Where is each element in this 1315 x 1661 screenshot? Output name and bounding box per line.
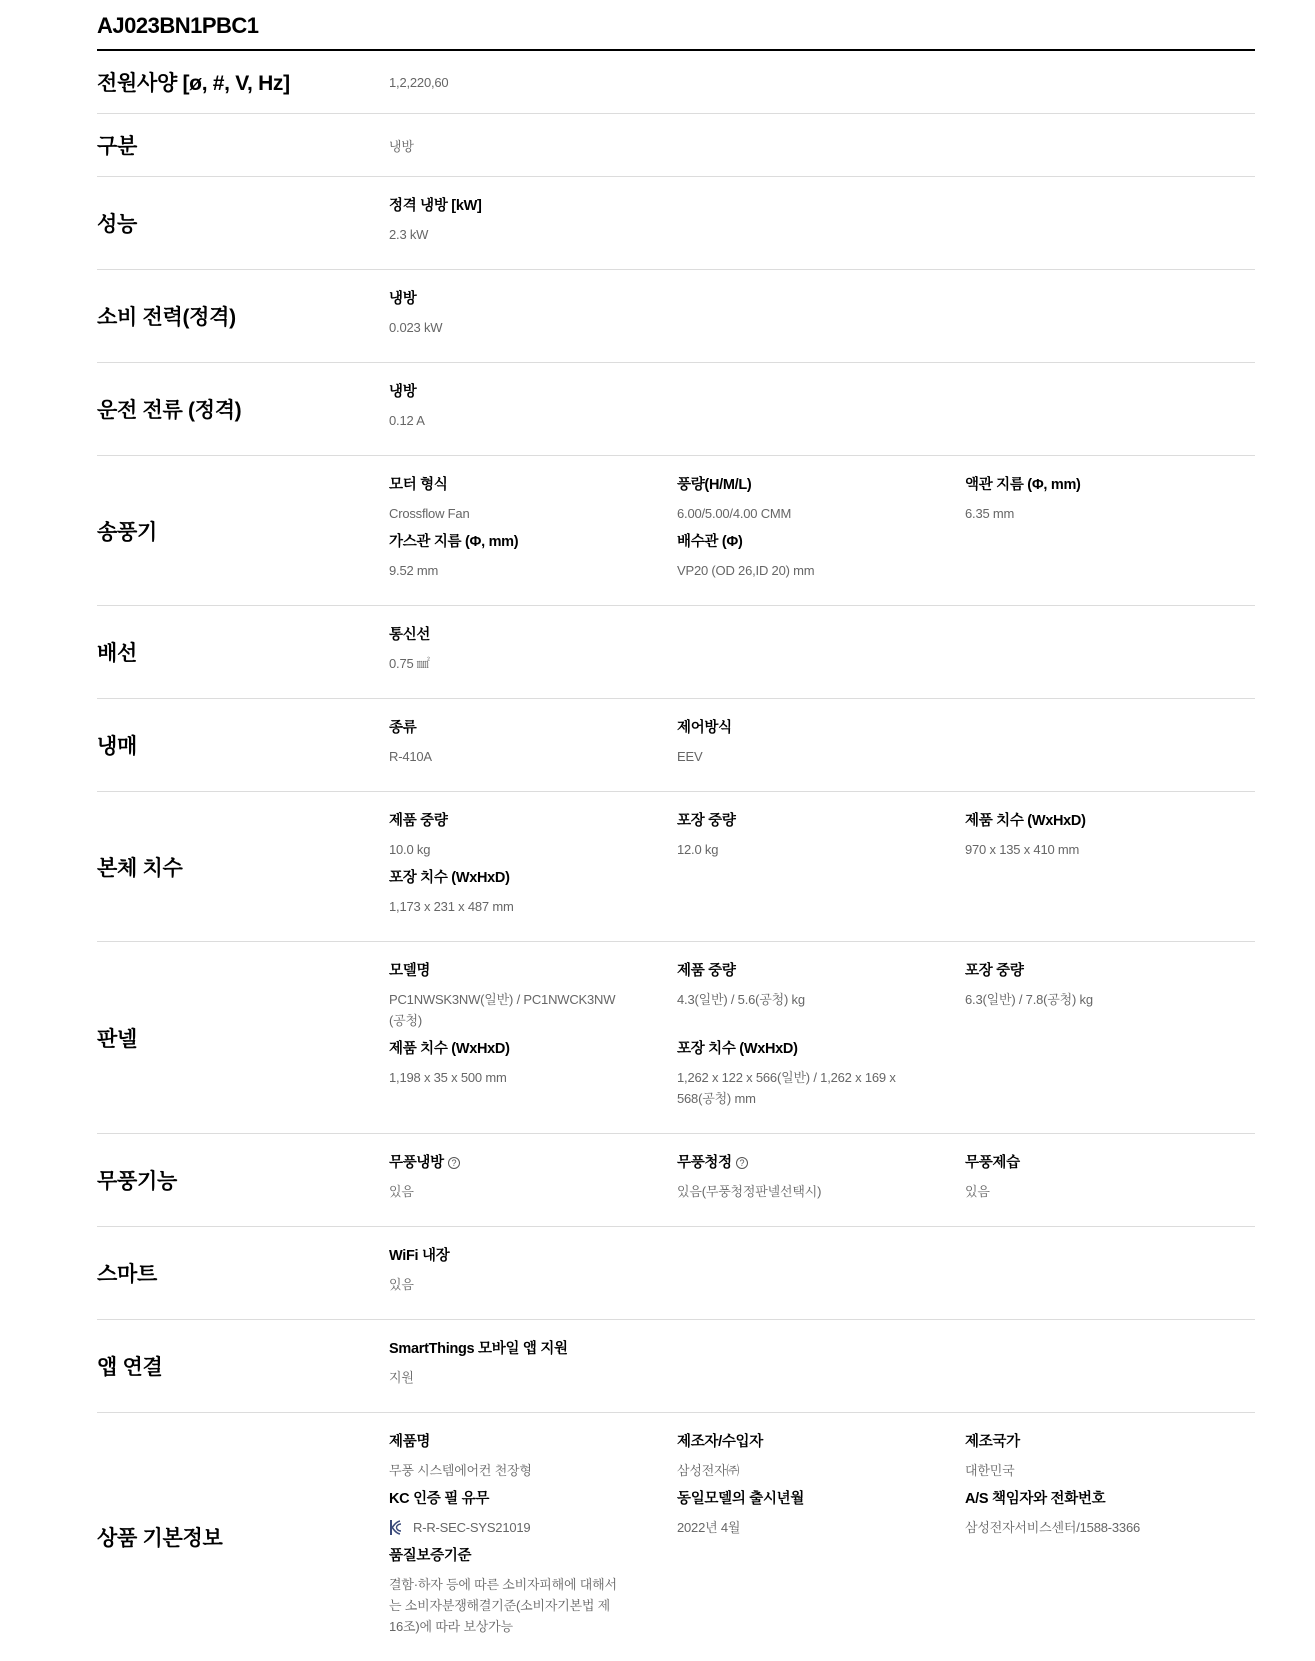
- spec-value: 대한민국: [965, 1460, 1195, 1481]
- spec-item: 제조자/수입자 삼성전자㈜: [677, 1432, 965, 1489]
- spec-item: 모델명 PC1NWSK3NW(일반) / PC1NWCK3NW(공청): [389, 961, 677, 1039]
- category-label: 송풍기: [97, 516, 389, 546]
- spec-item: KC 인증 필 유무 R-R-SEC-SYS21019: [389, 1489, 677, 1546]
- spec-value: 970 x 135 x 410 mm: [965, 839, 1195, 860]
- spec-item: 액관 지름 (Φ, mm) 6.35 mm: [965, 475, 1253, 532]
- spec-label: A/S 책임자와 전화번호: [965, 1489, 1253, 1509]
- spec-value: EEV: [677, 746, 907, 767]
- spec-item: 제품 중량 10.0 kg: [389, 811, 677, 868]
- spec-row-power-consumption: 소비 전력(정격) 냉방 0.023 kW: [97, 270, 1255, 363]
- spec-item: A/S 책임자와 전화번호 삼성전자서비스센터/1588-3366: [965, 1489, 1253, 1546]
- spec-value: R-410A: [389, 746, 619, 767]
- category-label: 배선: [97, 637, 389, 667]
- spec-value: 지원: [389, 1367, 619, 1388]
- spec-label: 냉방: [389, 382, 677, 402]
- spec-item: 무풍청정 ? 있음(무풍청정판넬선택시): [677, 1153, 965, 1210]
- spec-item: 제품명 무풍 시스템에어컨 천장형: [389, 1432, 677, 1489]
- spec-value: 2.3 kW: [389, 224, 619, 245]
- spec-label: 제품 치수 (WxHxD): [965, 811, 1253, 831]
- category-label: 상품 기본정보: [97, 1522, 389, 1552]
- spec-label: 포장 중량: [965, 961, 1253, 981]
- spec-row-windless: 무풍기능 무풍냉방 ? 있음 무풍청정 ? 있음(무풍청정판넬선택시) 무풍제습…: [97, 1134, 1255, 1227]
- category-label: 구분: [97, 130, 389, 160]
- spec-row-smart: 스마트 WiFi 내장 있음: [97, 1227, 1255, 1320]
- spec-item: 동일모델의 출시년월 2022년 4월: [677, 1489, 965, 1546]
- spec-item: 포장 치수 (WxHxD) 1,173 x 231 x 487 mm: [389, 868, 677, 925]
- spec-value: 0.12 A: [389, 410, 619, 431]
- spec-value: VP20 (OD 26,ID 20) mm: [677, 560, 907, 581]
- spec-value: 냉방: [389, 136, 414, 155]
- spec-value: 있음: [389, 1274, 619, 1295]
- spec-item: 포장 중량 12.0 kg: [677, 811, 965, 868]
- spec-value: 있음: [389, 1181, 619, 1202]
- spec-item: 무풍냉방 ? 있음: [389, 1153, 677, 1210]
- spec-value: 6.3(일반) / 7.8(공청) kg: [965, 989, 1195, 1010]
- spec-label: 제조국가: [965, 1432, 1253, 1452]
- spec-item: 가스관 지름 (Φ, mm) 9.52 mm: [389, 532, 677, 589]
- spec-label: 냉방: [389, 289, 677, 309]
- spec-sheet: AJ023BN1PBC1 전원사양 [ø, #, V, Hz] 1,2,220,…: [97, 0, 1255, 1661]
- spec-row-app: 앱 연결 SmartThings 모바일 앱 지원 지원: [97, 1320, 1255, 1413]
- spec-item: 무풍제습 있음: [965, 1153, 1253, 1210]
- spec-row-power: 전원사양 [ø, #, V, Hz] 1,2,220,60: [97, 51, 1255, 114]
- spec-row-basic-info: 상품 기본정보 제품명 무풍 시스템에어컨 천장형 제조자/수입자 삼성전자㈜ …: [97, 1413, 1255, 1661]
- spec-label: 무풍냉방 ?: [389, 1153, 677, 1173]
- spec-value: 삼성전자㈜: [677, 1460, 907, 1481]
- category-label: 운전 전류 (정격): [97, 394, 389, 424]
- spec-value: 삼성전자서비스센터/1588-3366: [965, 1517, 1195, 1538]
- spec-item: 제어방식 EEV: [677, 718, 965, 775]
- spec-label: 포장 치수 (WxHxD): [389, 868, 677, 888]
- spec-value: 10.0 kg: [389, 839, 619, 860]
- spec-value: 6.00/5.00/4.00 CMM: [677, 503, 907, 524]
- spec-label-text: 무풍청정: [677, 1153, 732, 1173]
- spec-value: 9.52 mm: [389, 560, 619, 581]
- spec-row-blower: 송풍기 모터 형식 Crossflow Fan 풍량(H/M/L) 6.00/5…: [97, 456, 1255, 606]
- spec-row-panel: 판넬 모델명 PC1NWSK3NW(일반) / PC1NWCK3NW(공청) 제…: [97, 942, 1255, 1134]
- spec-label: WiFi 내장: [389, 1246, 677, 1266]
- spec-value: R-R-SEC-SYS21019: [389, 1517, 619, 1538]
- spec-item: SmartThings 모바일 앱 지원 지원: [389, 1339, 677, 1396]
- spec-item: 품질보증기준 결함·하자 등에 따른 소비자피해에 대해서는 소비자분쟁해결기준…: [389, 1546, 677, 1645]
- spec-value: 0.023 kW: [389, 317, 619, 338]
- spec-value: 0.75 ㎟: [389, 653, 619, 674]
- spec-label: 포장 치수 (WxHxD): [677, 1039, 965, 1059]
- spec-item: 포장 중량 6.3(일반) / 7.8(공청) kg: [965, 961, 1253, 1039]
- spec-value: PC1NWSK3NW(일반) / PC1NWCK3NW(공청): [389, 989, 617, 1031]
- spec-row-operating-current: 운전 전류 (정격) 냉방 0.12 A: [97, 363, 1255, 456]
- spec-item: 제품 중량 4.3(일반) / 5.6(공청) kg: [677, 961, 965, 1039]
- model-title: AJ023BN1PBC1: [97, 0, 1255, 51]
- spec-value: 12.0 kg: [677, 839, 907, 860]
- spec-label: 모델명: [389, 961, 677, 981]
- spec-value: 1,198 x 35 x 500 mm: [389, 1067, 619, 1088]
- category-label: 판넬: [97, 1023, 389, 1053]
- spec-label: 품질보증기준: [389, 1546, 677, 1566]
- spec-item: 냉방 0.12 A: [389, 382, 677, 439]
- spec-label: 통신선: [389, 625, 677, 645]
- spec-item: 종류 R-410A: [389, 718, 677, 775]
- spec-value: 4.3(일반) / 5.6(공청) kg: [677, 989, 907, 1010]
- spec-item: WiFi 내장 있음: [389, 1246, 677, 1303]
- spec-value: 1,262 x 122 x 566(일반) / 1,262 x 169 x 56…: [677, 1067, 905, 1109]
- spec-item: 냉방 0.023 kW: [389, 289, 677, 346]
- kc-cert-number: R-R-SEC-SYS21019: [413, 1517, 530, 1538]
- spec-label-text: 무풍냉방: [389, 1153, 444, 1173]
- spec-item: 모터 형식 Crossflow Fan: [389, 475, 677, 532]
- category-label: 본체 치수: [97, 852, 389, 882]
- spec-item: 제품 치수 (WxHxD) 1,198 x 35 x 500 mm: [389, 1039, 677, 1117]
- spec-label: 액관 지름 (Φ, mm): [965, 475, 1253, 495]
- spec-value: Crossflow Fan: [389, 503, 619, 524]
- category-label: 냉매: [97, 730, 389, 760]
- spec-value: 2022년 4월: [677, 1517, 907, 1538]
- spec-value: 결함·하자 등에 따른 소비자피해에 대해서는 소비자분쟁해결기준(소비자기본법…: [389, 1574, 617, 1637]
- spec-row-wiring: 배선 통신선 0.75 ㎟: [97, 606, 1255, 699]
- spec-row-type: 구분 냉방: [97, 114, 1255, 177]
- category-label: 소비 전력(정격): [97, 301, 389, 331]
- spec-label: 제품 중량: [677, 961, 965, 981]
- spec-item: 배수관 (Φ) VP20 (OD 26,ID 20) mm: [677, 532, 965, 589]
- spec-value: 1,2,220,60: [389, 75, 448, 90]
- spec-value: 있음(무풍청정판넬선택시): [677, 1181, 907, 1202]
- spec-label: 제품명: [389, 1432, 677, 1452]
- question-circle-icon[interactable]: ?: [736, 1157, 748, 1169]
- category-label: 무풍기능: [97, 1165, 389, 1195]
- spec-item: 제조국가 대한민국: [965, 1432, 1253, 1489]
- spec-label: 제어방식: [677, 718, 965, 738]
- spec-label: 포장 중량: [677, 811, 965, 831]
- spec-label: 배수관 (Φ): [677, 532, 965, 552]
- spec-row-refrigerant: 냉매 종류 R-410A 제어방식 EEV: [97, 699, 1255, 792]
- spec-item: 풍량(H/M/L) 6.00/5.00/4.00 CMM: [677, 475, 965, 532]
- spec-label: 무풍제습: [965, 1153, 1253, 1173]
- spec-label: 제품 중량: [389, 811, 677, 831]
- category-label: 전원사양 [ø, #, V, Hz]: [97, 67, 389, 97]
- spec-label: 모터 형식: [389, 475, 677, 495]
- category-label: 앱 연결: [97, 1351, 389, 1381]
- spec-label: SmartThings 모바일 앱 지원: [389, 1339, 677, 1359]
- spec-label: 가스관 지름 (Φ, mm): [389, 532, 677, 552]
- spec-label: 제조자/수입자: [677, 1432, 965, 1452]
- spec-label: 무풍청정 ?: [677, 1153, 965, 1173]
- spec-item: 포장 치수 (WxHxD) 1,262 x 122 x 566(일반) / 1,…: [677, 1039, 965, 1117]
- spec-label: KC 인증 필 유무: [389, 1489, 677, 1509]
- category-label: 스마트: [97, 1258, 389, 1288]
- spec-item: 제품 치수 (WxHxD) 970 x 135 x 410 mm: [965, 811, 1253, 868]
- spec-value: 무풍 시스템에어컨 천장형: [389, 1460, 619, 1481]
- spec-label: 정격 냉방 [kW]: [389, 196, 677, 216]
- spec-value: 있음: [965, 1181, 1195, 1202]
- kc-mark-icon: [389, 1519, 403, 1536]
- spec-value: 1,173 x 231 x 487 mm: [389, 896, 619, 917]
- spec-label: 제품 치수 (WxHxD): [389, 1039, 677, 1059]
- spec-row-body-dimensions: 본체 치수 제품 중량 10.0 kg 포장 중량 12.0 kg 제품 치수 …: [97, 792, 1255, 942]
- spec-value: 6.35 mm: [965, 503, 1195, 524]
- spec-label: 풍량(H/M/L): [677, 475, 965, 495]
- spec-item: 정격 냉방 [kW] 2.3 kW: [389, 196, 677, 253]
- spec-item: 통신선 0.75 ㎟: [389, 625, 677, 682]
- spec-row-performance: 성능 정격 냉방 [kW] 2.3 kW: [97, 177, 1255, 270]
- spec-label: 동일모델의 출시년월: [677, 1489, 965, 1509]
- spec-label: 종류: [389, 718, 677, 738]
- question-circle-icon[interactable]: ?: [448, 1157, 460, 1169]
- category-label: 성능: [97, 208, 389, 238]
